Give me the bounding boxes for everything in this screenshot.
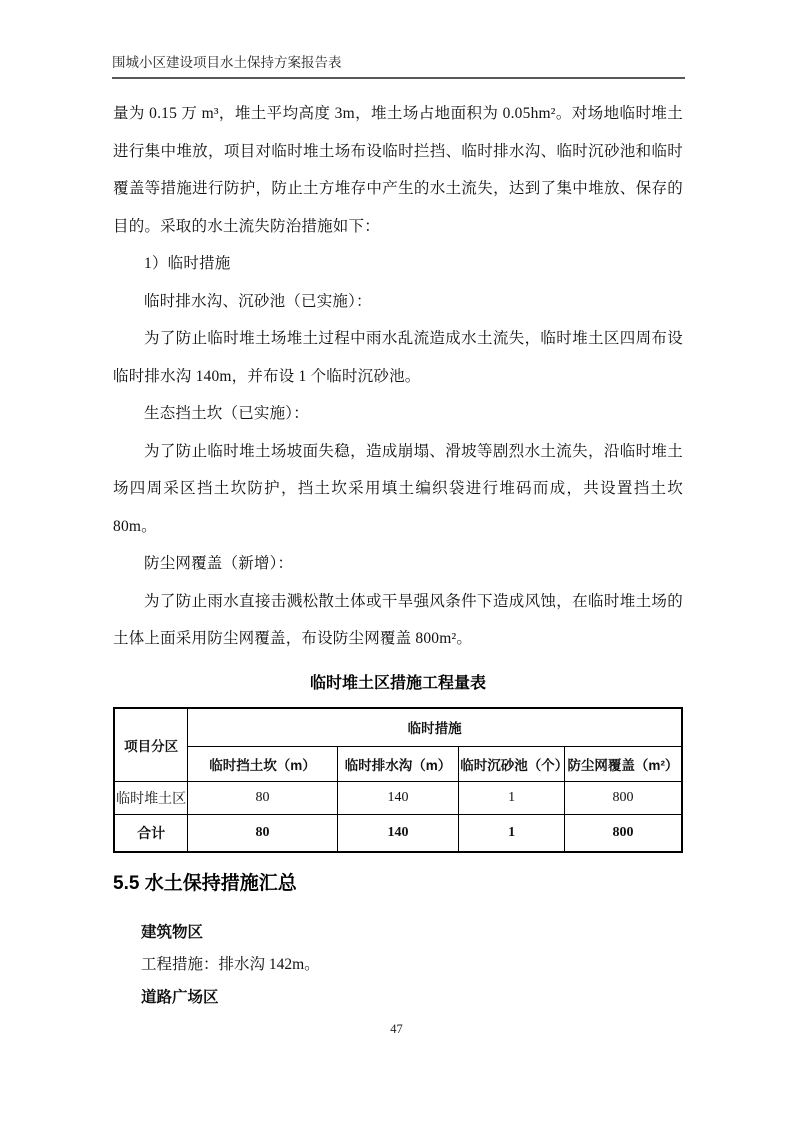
table-cell: 800 [564,782,682,815]
table-cell: 合计 [114,815,188,852]
paragraph: 生态挡土坎（已实施）： [113,395,683,433]
column-header-group: 临时措施 [188,708,682,747]
document-page: 围城小区建设项目水土保持方案报告表 量为 0.15 万 m³，堆土平均高度 3m… [0,0,793,1122]
paragraph: 临时排水沟、沉砂池（已实施）： [113,283,683,321]
column-header: 防尘网覆盖（m²） [564,747,682,782]
column-header-corner: 项目分区 [114,708,188,782]
paragraph: 为了防止临时堆土场堆土过程中雨水乱流造成水土流失，临时堆土区四周布设临时排水沟 … [113,320,683,395]
table-cell: 临时堆土区 [114,782,188,815]
measures-table: 项目分区 临时措施 临时挡土坎（m） 临时排水沟（m） 临时沉砂池（个） 防尘网… [113,707,683,853]
table-cell: 1 [459,815,565,852]
page-number: 47 [0,1022,793,1037]
column-header: 临时挡土坎（m） [188,747,337,782]
table-cell: 140 [337,815,459,852]
table-total-row: 合计 80 140 1 800 [114,815,682,852]
paragraph: 为了防止临时堆土场坡面失稳，造成崩塌、滑坡等剧烈水土流失，沿临时堆土场四周采区挡… [113,433,683,546]
table-caption: 临时堆土区措施工程量表 [113,674,683,694]
running-header: 围城小区建设项目水土保持方案报告表 [112,54,685,79]
table-cell: 1 [459,782,565,815]
paragraph: 为了防止雨水直接击溅松散土体或干旱强风条件下造成风蚀，在临时堆土场的土体上面采用… [113,583,683,658]
table-header-row: 项目分区 临时措施 [114,708,682,747]
table-cell: 140 [337,782,459,815]
table-cell: 80 [188,782,337,815]
running-header-title: 围城小区建设项目水土保持方案报告表 [112,55,342,70]
subsection-text: 工程措施：排水沟 142m。 [141,954,683,975]
table-row: 临时堆土区 80 140 1 800 [114,782,682,815]
subsection-heading: 道路广场区 [141,987,683,1008]
section-heading: 5.5 水土保持措施汇总 [113,871,683,896]
column-header: 临时排水沟（m） [337,747,459,782]
table-subheader-row: 临时挡土坎（m） 临时排水沟（m） 临时沉砂池（个） 防尘网覆盖（m²） [114,747,682,782]
section-content: 建筑物区 工程措施：排水沟 142m。 道路广场区 [113,922,683,1008]
paragraph: 量为 0.15 万 m³，堆土平均高度 3m，堆土场占地面积为 0.05hm²。… [113,95,683,245]
subsection-heading: 建筑物区 [141,922,683,943]
table-cell: 800 [564,815,682,852]
document-body: 量为 0.15 万 m³，堆土平均高度 3m，堆土场占地面积为 0.05hm²。… [113,95,683,1008]
column-header: 临时沉砂池（个） [459,747,565,782]
paragraph: 防尘网覆盖（新增）： [113,545,683,583]
table-cell: 80 [188,815,337,852]
paragraph: 1）临时措施 [113,245,683,283]
